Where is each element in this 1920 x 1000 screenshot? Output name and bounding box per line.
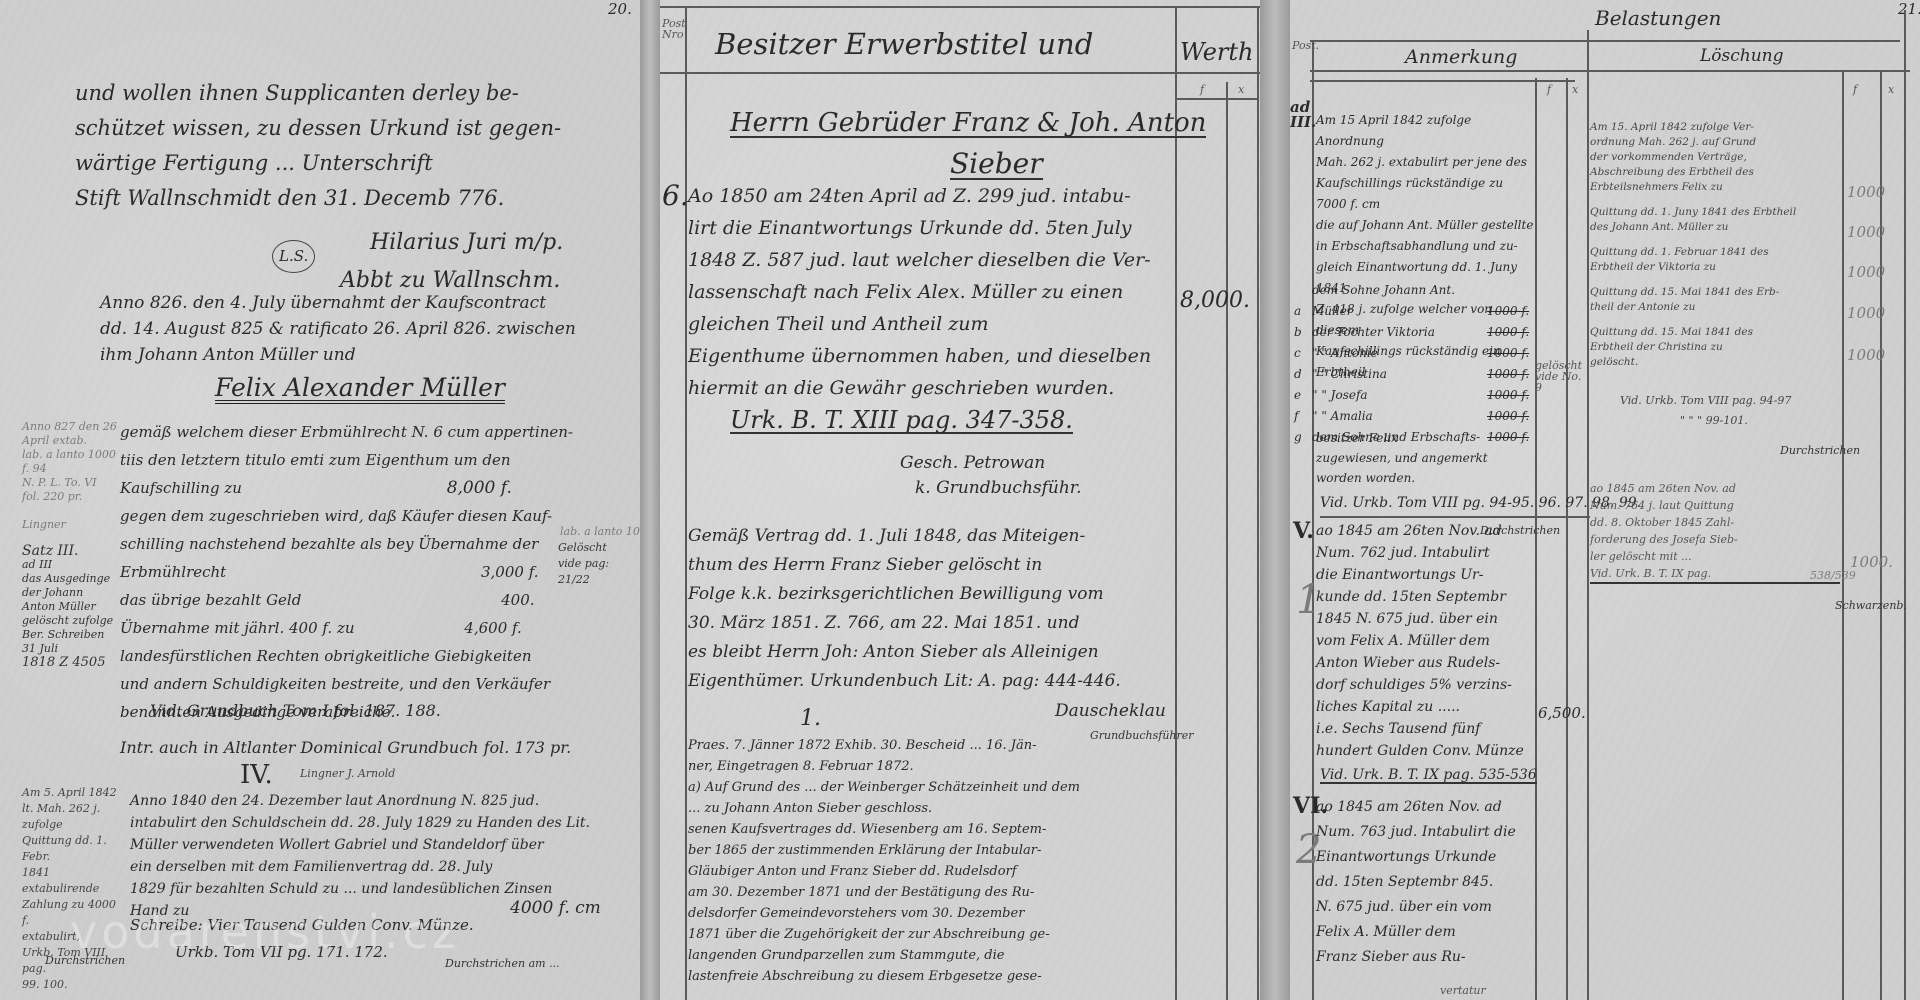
margin-note-lab: lab. a lanto 1000 f. (560, 526, 640, 537)
rule-value-col (1175, 6, 1177, 1000)
heir-row: adem Sohne Johann Ant. Müller1000 f. (1294, 280, 1584, 322)
header-cancel-x: x (1888, 84, 1894, 95)
heirs-margin-note: gelöscht vide No. 9 (1535, 360, 1585, 393)
header-post-nro: Post Nro (662, 18, 684, 40)
section-v-reference: Vid. Urk. B. T. IX pag. 535-536 (1320, 768, 1537, 784)
entry-1872: Praes. 7. Jänner 1872 Exhib. 30. Beschei… (688, 735, 1168, 987)
rule-post-col (685, 6, 687, 1000)
page-number: 20. (608, 2, 632, 17)
section-v-numeral: V. (1293, 520, 1314, 542)
signature-1850-line1: Gesch. Petrowan (900, 455, 1045, 472)
section-vi-text: ao 1845 am 26ten Nov. ad Num. 763 jud. I… (1316, 795, 1536, 970)
section-v-cancellation-text: ao 1845 am 26ten Nov. ad Num. 764 j. lau… (1590, 480, 1840, 584)
rule-cancellation-col (1587, 30, 1589, 1000)
header-cancel-f: f (1853, 84, 1857, 95)
seal-stamp: L.S. (272, 240, 315, 273)
section-v-cancel-amount: 1000. (1850, 555, 1893, 570)
header-annotation: Anmerkung (1405, 48, 1517, 67)
section-iv-amount: 4000 f. cm (510, 900, 601, 917)
header-annotation-x: x (1572, 84, 1578, 95)
cancel-reference-1: Vid. Urkb. Tom VIII pag. 94-97 (1620, 395, 1791, 406)
header-value-f: f (1200, 84, 1204, 95)
rule-x-col (1226, 82, 1228, 1000)
cancel-signature-iii: Durchstrichen (1780, 445, 1860, 456)
middle-page: Post Nro Besitzer Erwerbstitel und Werth… (660, 0, 1260, 1000)
owner-heading-line2: Sieber (950, 150, 1043, 180)
section-iii-marker: ad III. (1290, 100, 1312, 130)
rule-annotation-x (1566, 78, 1568, 1000)
value-amount: 8,000. (1180, 290, 1250, 312)
cancel-amount-5: 1000 (1847, 348, 1885, 363)
entry-1826: Anno 826. den 4. July übernahmt der Kauf… (100, 290, 576, 368)
margin-notes-left: Anno 827 den 26 April extab. lab. a lant… (22, 420, 117, 670)
rule-right-edge (1904, 10, 1906, 1000)
cancel-amount-3: 1000 (1847, 265, 1885, 280)
book-gutter-right (1260, 0, 1290, 1000)
entry-1851: Gemäß Vertrag dd. 1. Juli 1848, das Mite… (688, 522, 1173, 696)
watermark: vodarenstvi.cz (70, 905, 460, 959)
cancel-amount-1: 1000 (1847, 185, 1885, 200)
left-page: 20. und wollen ihnen Supplicanten derley… (0, 0, 640, 1000)
section-iii-cancellation-text: Am 15. April 1842 zufolge Ver- ordnung M… (1590, 120, 1840, 370)
rule-header (660, 72, 1260, 74)
section-v-signature: Schwarzenb. (1835, 600, 1907, 611)
signature-title: Abbt zu Wallnschm. (340, 270, 560, 292)
rule-right (1257, 6, 1259, 1000)
header-value: Werth (1180, 40, 1254, 64)
heir-row: f" " Amalia1000 f. (1294, 406, 1584, 427)
section-v-text: ao 1845 am 26ten Nov. ad Num. 762 jud. I… (1316, 520, 1536, 762)
reference-1850: Urk. B. T. XIII pag. 347-358. (730, 408, 1073, 434)
signature-1850-line2: k. Grundbuchsführ. (915, 480, 1081, 497)
entry-body: gemäß welchem dieser Erbmühlrecht N. 6 c… (120, 418, 573, 726)
entry-1850: Ao 1850 am 24ten April ad Z. 299 jud. in… (688, 180, 1173, 404)
cancel-amount-4: 1000 (1847, 306, 1885, 321)
margin-note-geloescht: Gelöscht vide pag: 21/22 (558, 540, 640, 588)
section-iv-clerk: Lingner J. Arnold (300, 768, 395, 779)
rule-cancel-f (1842, 70, 1844, 1000)
rule-header-right (1310, 70, 1910, 72)
book-gutter-left (640, 0, 660, 1000)
header-title: Besitzer Erwerbstitel und (715, 30, 1093, 59)
rule-cancel-x (1880, 70, 1882, 1000)
rule-section-iii-end (1320, 516, 1590, 518)
signature-durchstrichen-2: Durchstrichen am ... (445, 958, 560, 969)
entry-number: 6. (662, 182, 689, 210)
rule-top (660, 6, 1260, 8)
heir-row: bder Tochter Viktoria1000 f. (1294, 322, 1584, 343)
header-belastungen: Belastungen (1595, 8, 1721, 28)
signature-abbot: Hilarius Juri m/p. (370, 232, 563, 254)
ref-dominical: Intr. auch in Altlanter Dominical Grundb… (120, 740, 571, 756)
rule-top-right (1310, 40, 1900, 42)
sub-number: 1. (800, 708, 821, 730)
right-page: 21. Belastungen Post. Anmerkung f x Lösc… (1290, 0, 1920, 1000)
ref-grundbuch: Vid. Grundbuch Tom I fol. 187. 188. (150, 703, 441, 719)
header-value-x: x (1238, 84, 1244, 95)
cancel-reference-2: " " " 99-101. (1680, 415, 1748, 426)
header-annotation-f: f (1547, 84, 1551, 95)
header-cancellation: Löschung (1700, 48, 1784, 65)
section-vi-footer: vertatur (1440, 985, 1486, 996)
rule-value-sub (1175, 98, 1257, 100)
section-iii-closing: besitzer Felix zugewiesen, und angemerkt… (1316, 428, 1536, 488)
owner-heading-line1: Herrn Gebrüder Franz & Joh. Anton (730, 110, 1206, 138)
header-post: Post. (1292, 40, 1312, 51)
section-iv-numeral: IV. (240, 762, 273, 788)
opening-text: und wollen ihnen Supplicanten derley be-… (75, 76, 561, 216)
section-v-cancel-pages: 538/539 (1810, 570, 1856, 581)
owner-name-felix: Felix Alexander Müller (215, 375, 505, 404)
section-v-amount: 6,500. (1538, 706, 1586, 721)
page-number-right: 21. (1898, 2, 1920, 17)
signature-1851: Dauscheklau (1055, 703, 1166, 720)
cancel-amount-2: 1000 (1847, 225, 1885, 240)
signature-1872: Grundbuchsführer (1090, 730, 1194, 741)
purchase-price: 8,000 f. (447, 478, 512, 498)
